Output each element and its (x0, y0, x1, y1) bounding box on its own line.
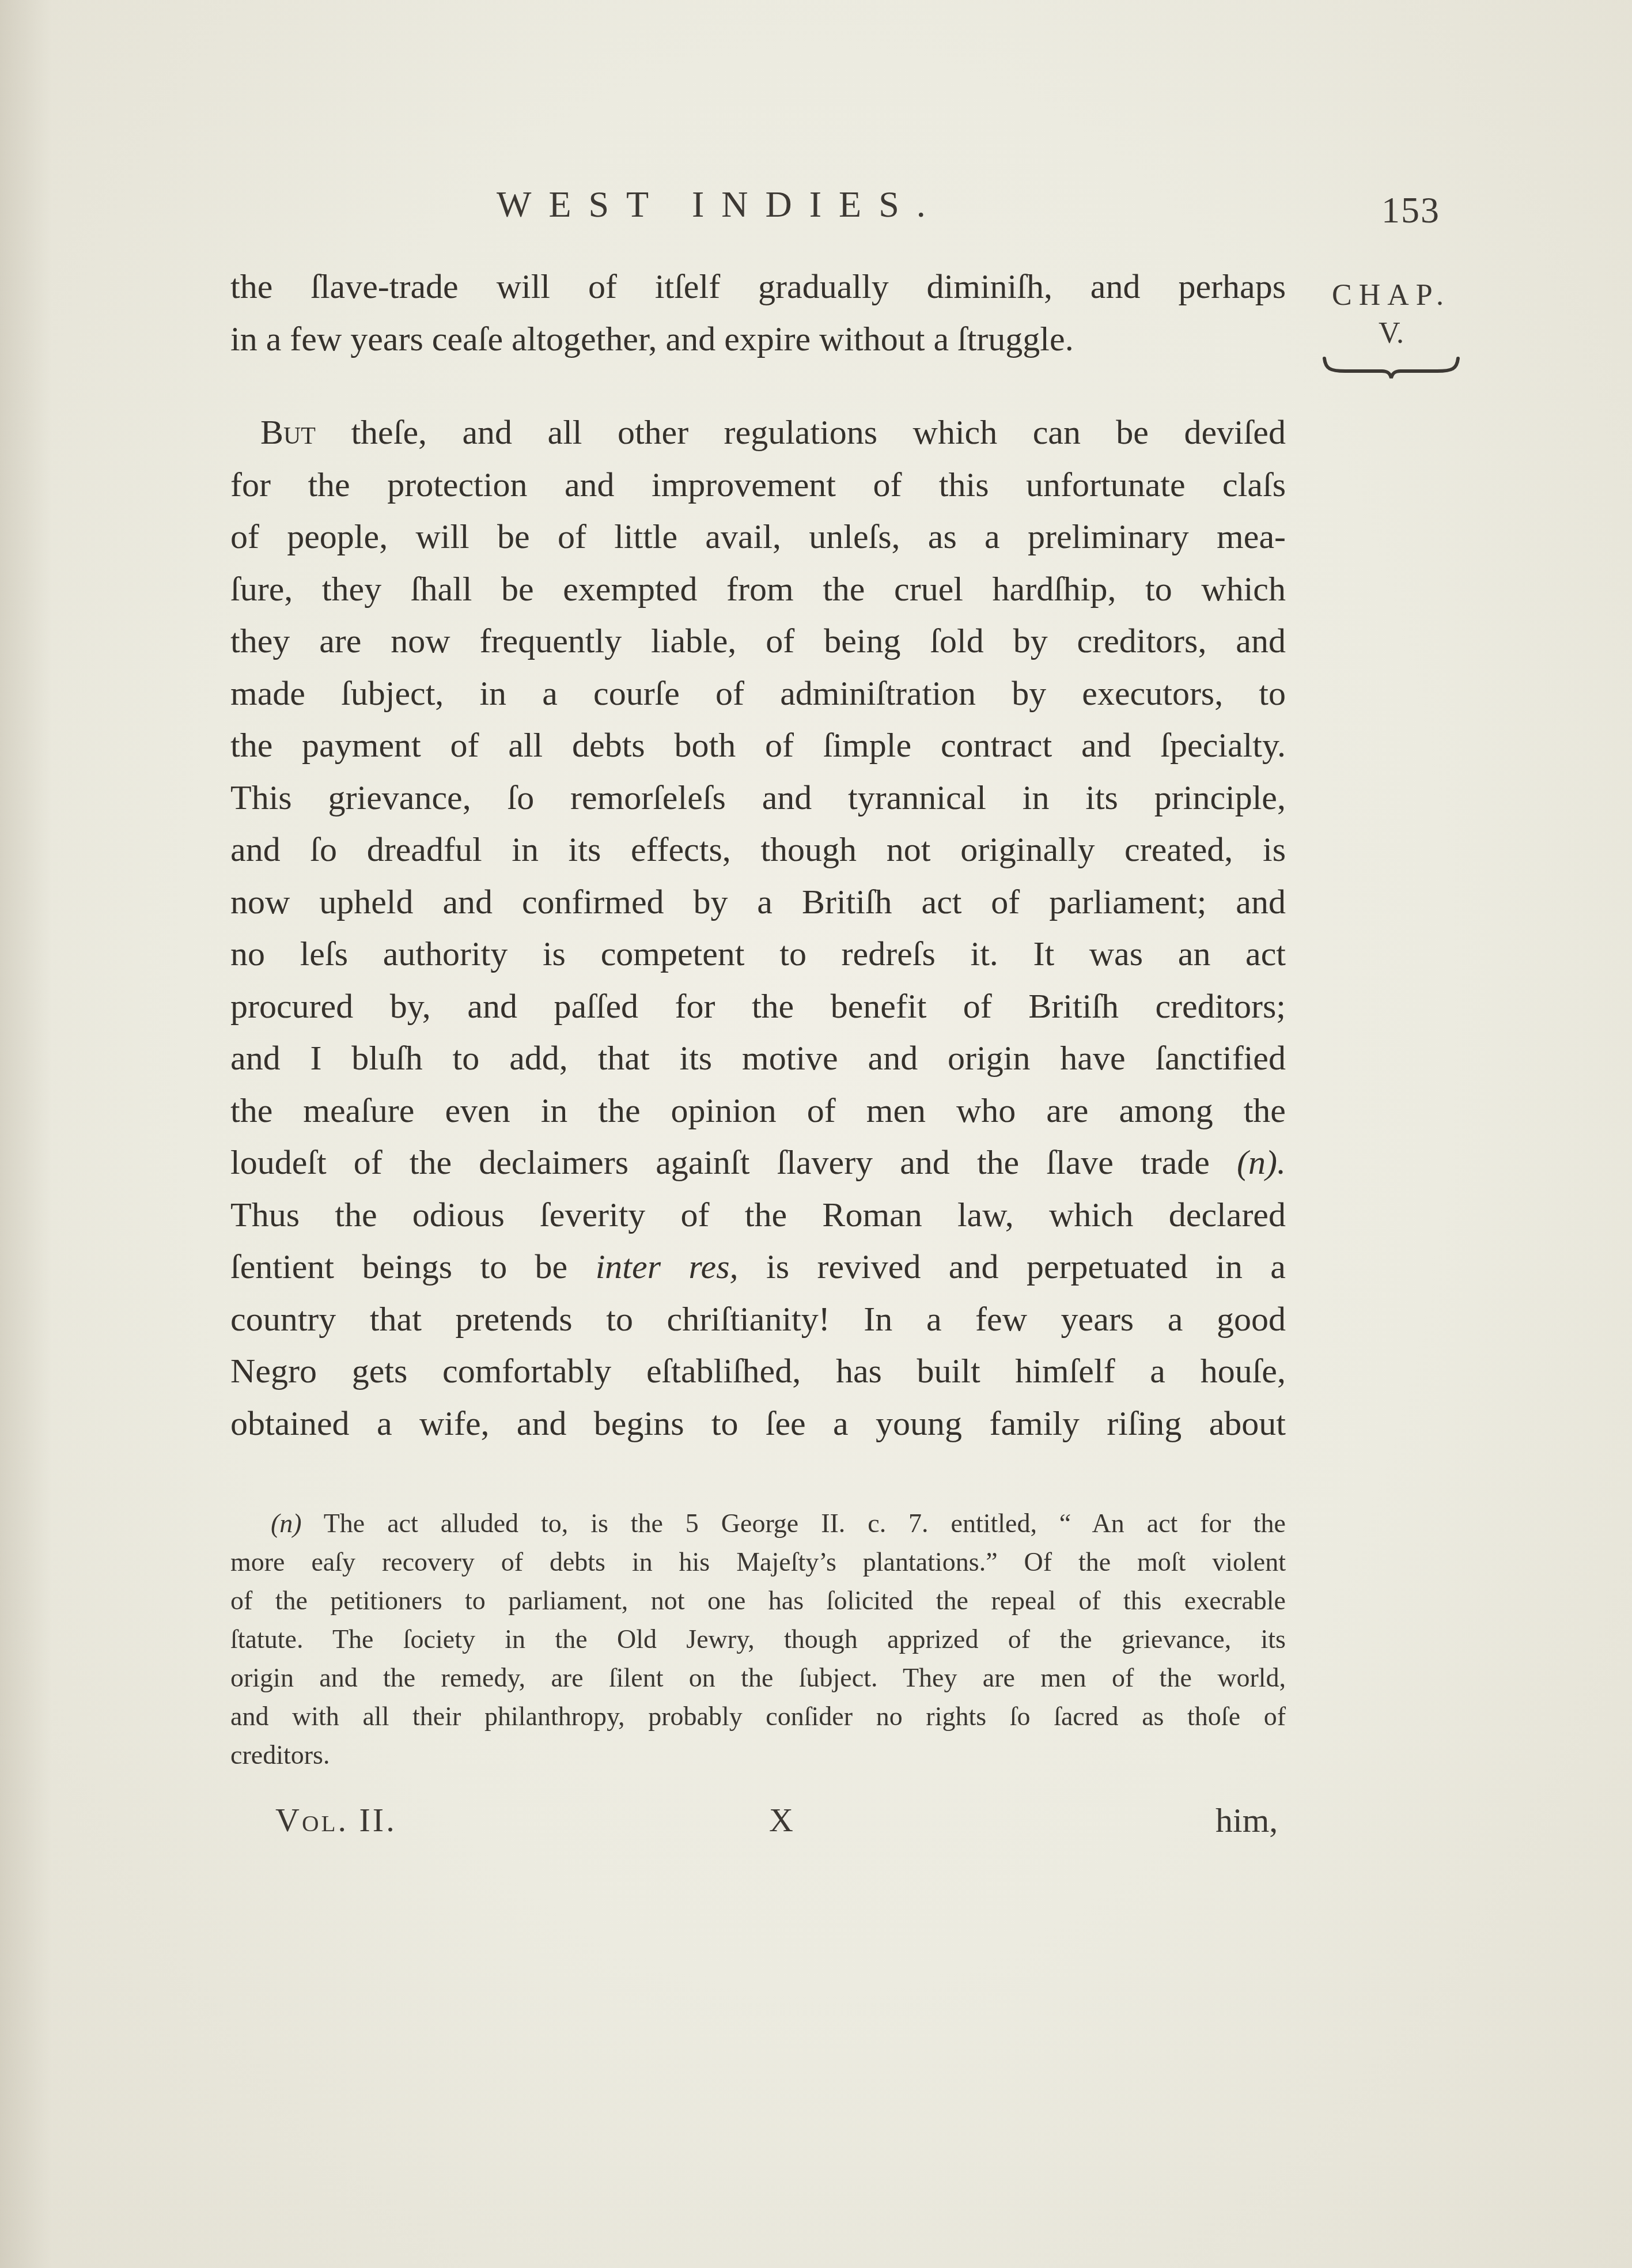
running-head: WEST INDIES. 153 (0, 183, 1632, 229)
text-line: made ſubject, in a courſe of adminiſtrat… (230, 667, 1286, 720)
text-span: The act alluded to, is the 5 George II. … (302, 1509, 1286, 1538)
text-line: country that pretends to chriſtianity! I… (230, 1293, 1286, 1345)
paragraph-break (230, 365, 1286, 406)
text-line: This grievance, ſo remorſeleſs and tyran… (230, 772, 1286, 824)
text-line: now upheld and confirmed by a Britiſh ac… (230, 876, 1286, 928)
text-span: is revived and perpetuated in a (739, 1248, 1286, 1286)
page-gutter-shadow (0, 0, 52, 2268)
footnote-line: origin and the remedy, are ſilent on the… (230, 1658, 1286, 1697)
curly-brace-icon (1322, 356, 1460, 379)
margin-chapter-note: CHAP. V. (1316, 277, 1466, 379)
text-line: the meaſure even in the opinion of men w… (230, 1084, 1286, 1137)
catchword: him, (1216, 1801, 1278, 1840)
text-line: the ſlave-trade will of itſelf gradually… (230, 260, 1286, 313)
text-span: loudeſt of the declaimers againſt ſlaver… (230, 1143, 1237, 1181)
text-line: Thus the odious ſeverity of the Roman la… (230, 1189, 1286, 1241)
footnote-line: and with all their philanthropy, probabl… (230, 1697, 1286, 1736)
text-line: ſentient beings to be inter res, is revi… (230, 1241, 1286, 1293)
latin-phrase: inter res, (596, 1248, 739, 1286)
text-line: loudeſt of the declaimers againſt ſlaver… (230, 1136, 1286, 1189)
footnote-line: more eaſy recovery of debts in his Majeſ… (230, 1543, 1286, 1581)
text-line: in a few years ceaſe altogether, and exp… (230, 313, 1286, 365)
chapter-label: CHAP. (1316, 277, 1466, 315)
footnote-line: (n) The act alluded to, is the 5 George … (230, 1504, 1286, 1543)
footnote-marker: (n) (271, 1509, 302, 1538)
text-line: and I bluſh to add, that its motive and … (230, 1032, 1286, 1084)
footnote-line: ſtatute. The ſociety in the Old Jewry, t… (230, 1620, 1286, 1658)
direction-line: Vol. II. X him, (0, 1801, 1632, 1847)
page-number: 153 (1381, 189, 1440, 232)
volume-label: Vol. II. (275, 1801, 397, 1839)
text-line: for the protection and improvement of th… (230, 459, 1286, 511)
text-line: the payment of all debts both of ſimple … (230, 719, 1286, 772)
text-line: But theſe, and all other regulations whi… (230, 406, 1286, 459)
text-span: theſe, and all other regulations which c… (316, 413, 1286, 451)
chapter-number: V. (1316, 315, 1466, 353)
footnote-reference[interactable]: (n). (1237, 1143, 1286, 1181)
book-page: WEST INDIES. 153 CHAP. V. the ſlave-trad… (0, 0, 1632, 2268)
footnote: (n) The act alluded to, is the 5 George … (230, 1504, 1286, 1774)
text-line: procured by, and paſſed for the benefit … (230, 980, 1286, 1033)
text-line: no leſs authority is competent to redreſ… (230, 928, 1286, 980)
text-line: and ſo dreadful in its effects, though n… (230, 823, 1286, 876)
drop-word: But (260, 413, 316, 451)
text-line: Negro gets comfortably eſtabliſhed, has … (230, 1345, 1286, 1397)
signature-mark: X (769, 1801, 793, 1839)
footnote-line: of the petitioners to parliament, not on… (230, 1581, 1286, 1620)
text-line: they are now frequently liable, of being… (230, 615, 1286, 667)
running-title: WEST INDIES. (497, 183, 943, 226)
text-line: ſure, they ſhall be exempted from the cr… (230, 563, 1286, 615)
text-line: of people, will be of little avail, unle… (230, 511, 1286, 563)
footnote-line: creditors. (230, 1736, 1286, 1774)
text-span: ſentient beings to be (230, 1248, 596, 1286)
text-line: obtained a wife, and begins to ſee a you… (230, 1397, 1286, 1450)
main-text: the ſlave-trade will of itſelf gradually… (230, 260, 1286, 1449)
